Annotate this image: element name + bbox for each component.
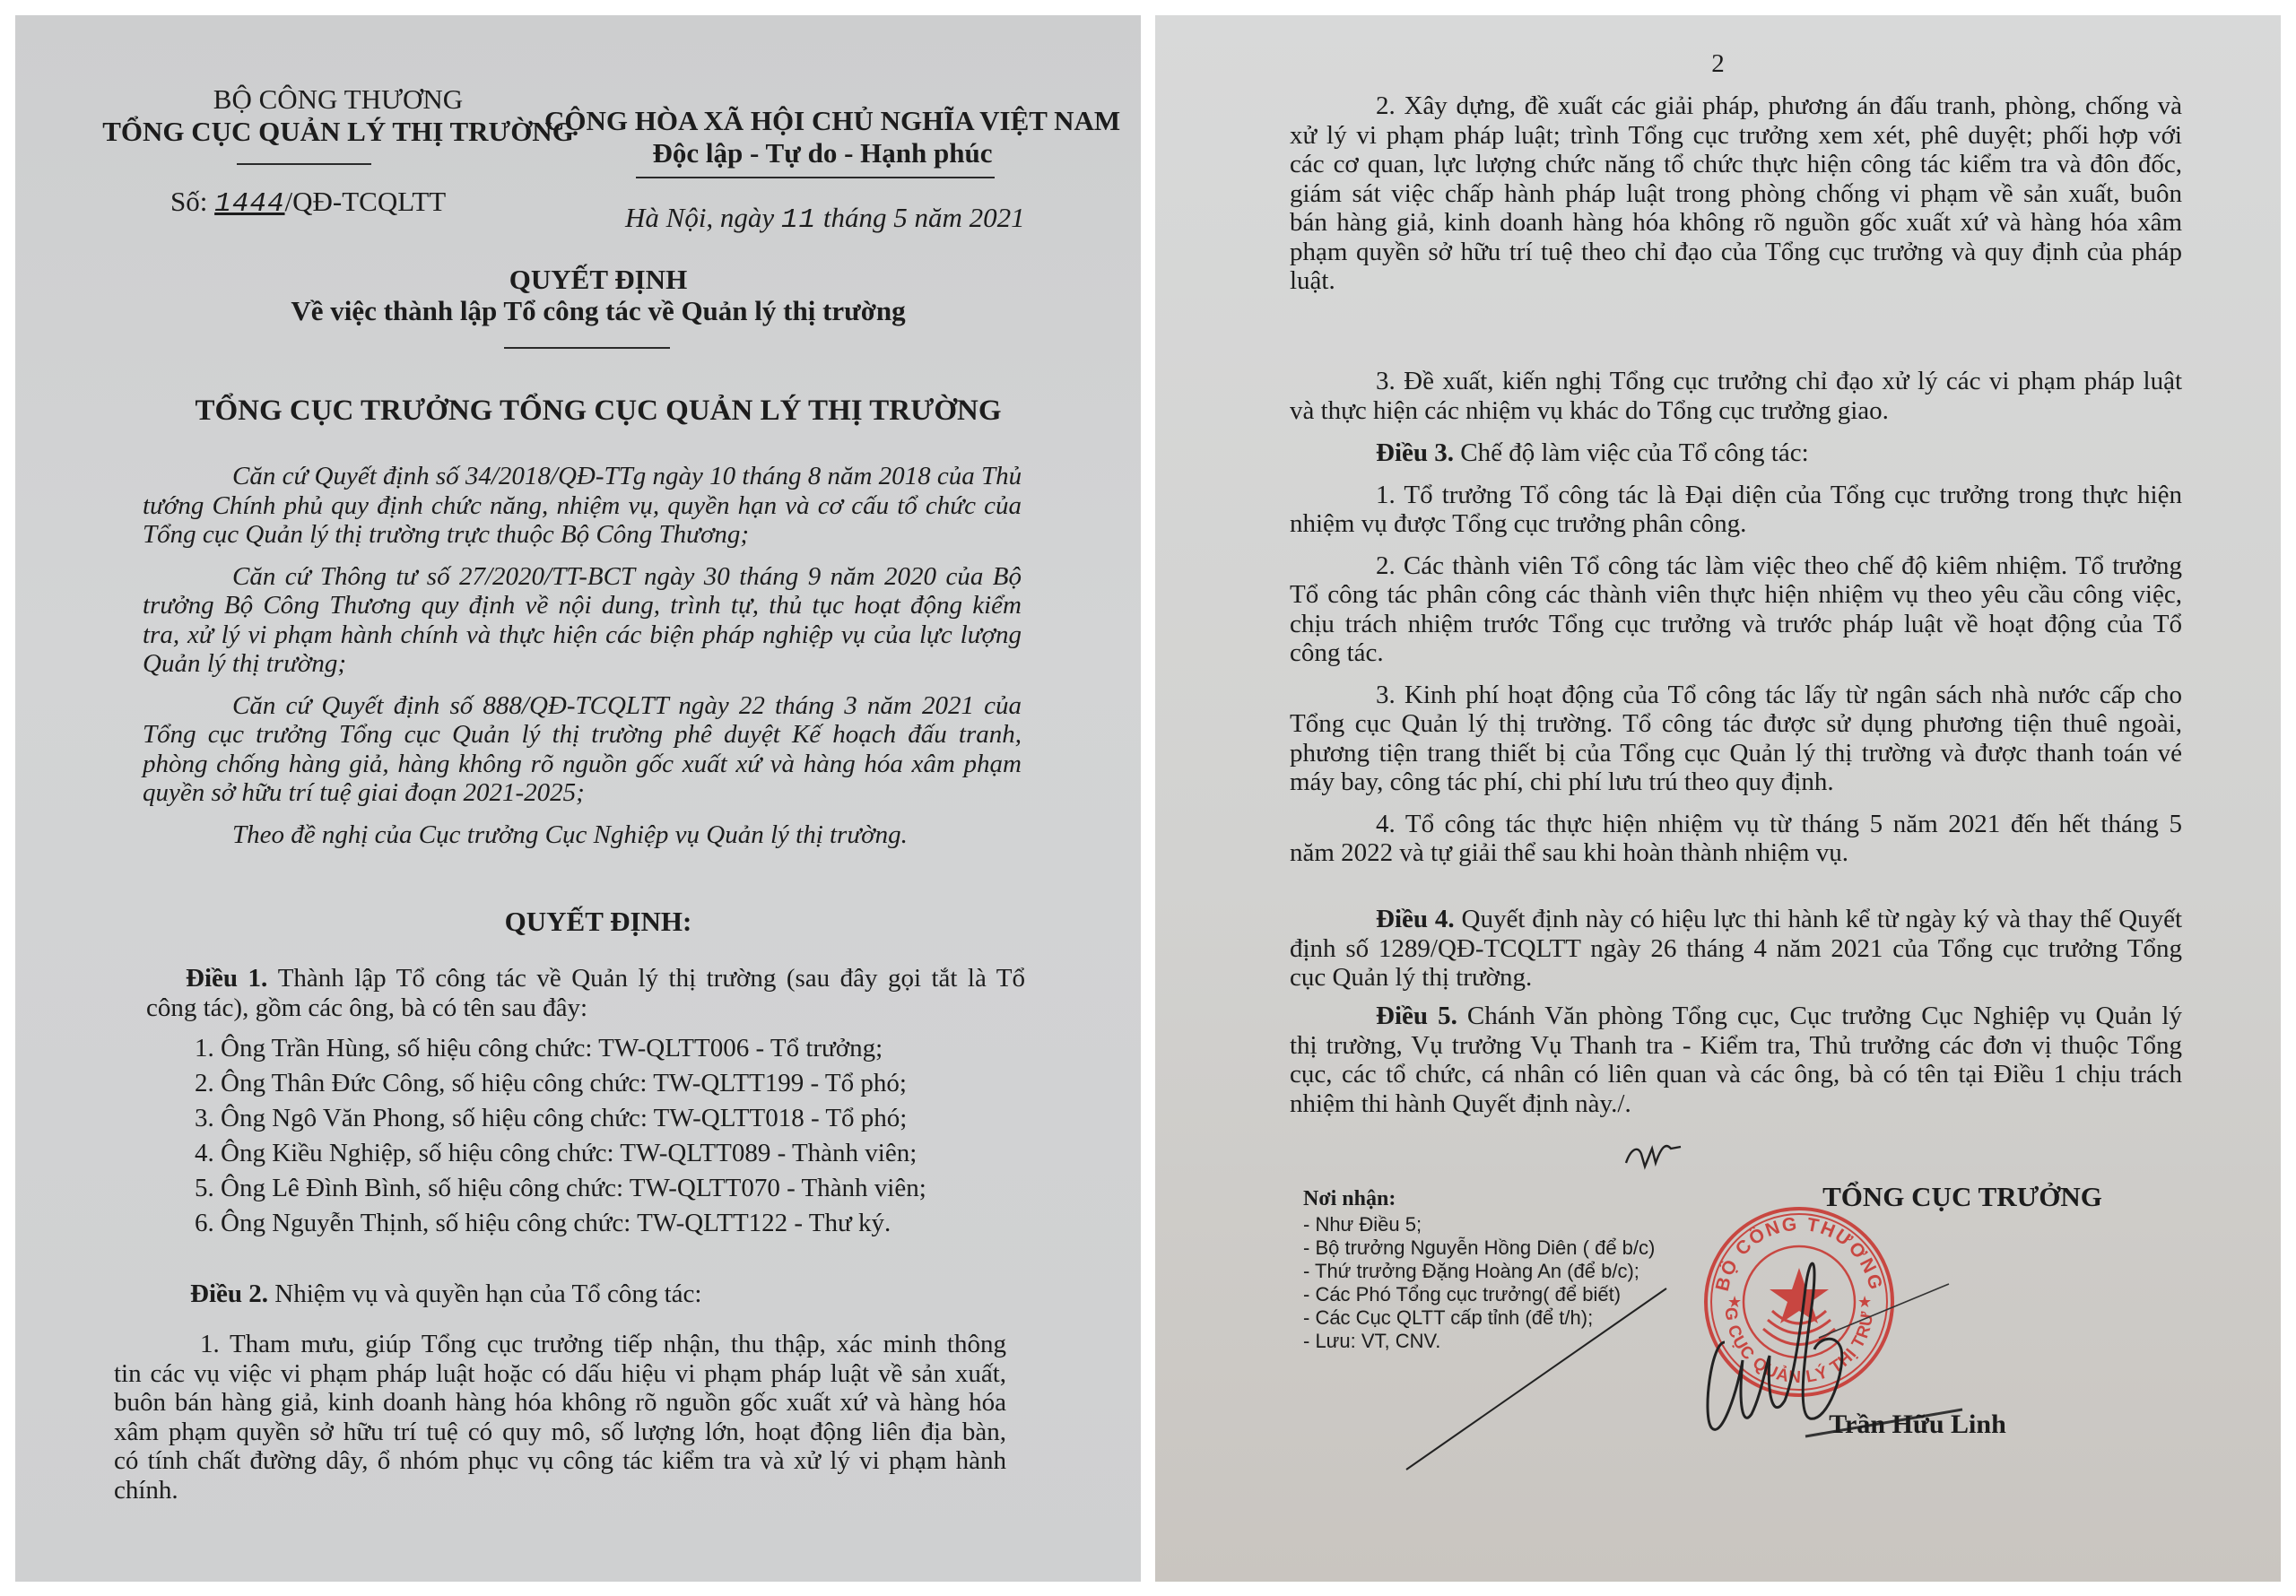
document-subject: Về việc thành lập Tổ công tác về Quản lý…: [105, 295, 1091, 327]
text-line: xâm phạm quyền sở hữu trí tuệ có quy mô,…: [114, 1418, 1006, 1447]
article-2-heading: Điều 2. Nhiệm vụ và quyền hạn của Tổ côn…: [190, 1279, 997, 1309]
text-line: tướng Chính phủ quy định chức năng, nhiệ…: [143, 491, 1022, 521]
text-line: thị trường, Vụ trưởng Vụ Thanh tra - Kiể…: [1290, 1031, 2182, 1061]
place-date: Hà Nội, ngày 11 tháng 5 năm 2021: [625, 202, 1025, 236]
text-line: Căn cứ Quyết định số 888/QĐ-TCQLTT ngày …: [143, 691, 1022, 721]
article-2-item-1-text: 1. Tham mưu, giúp Tổng cục trưởng tiếp n…: [114, 1330, 1006, 1505]
article-1: Điều 1. Thành lập Tổ công tác về Quản lý…: [146, 964, 1025, 1022]
text-line: Theo đề nghị của Cục trưởng Cục Nghiệp v…: [143, 820, 1022, 850]
recipients-title: Nơi nhận:: [1303, 1187, 1396, 1210]
document-type: QUYẾT ĐỊNH: [105, 264, 1091, 296]
text-line: công tác.: [1290, 638, 2182, 668]
text-line: nhiệm vụ được Tổng cục trưởng phân công.: [1290, 509, 2182, 539]
document-page-2: 2 2. Xây dựng, đề xuất các giải pháp, ph…: [1155, 15, 2281, 1582]
article-label: Điều 3.: [1376, 438, 1460, 467]
article-3-item: 2. Các thành viên Tổ công tác làm việc t…: [1290, 551, 2182, 668]
article-3-item: 4. Tổ công tác thực hiện nhiệm vụ từ thá…: [1290, 810, 2182, 868]
text-line: luật.: [1290, 266, 2182, 296]
text-line: Căn cứ Quyết định số 34/2018/QĐ-TTg ngày…: [143, 462, 1022, 491]
article-3: Điều 3. Chế độ làm việc của Tổ công tác:…: [1290, 438, 2182, 868]
article-4-text: Điều 4. Quyết định này có hiệu lực thi h…: [1290, 905, 2182, 993]
text-line: Điều 5. Chánh Văn phòng Tổng cục, Cục tr…: [1290, 1002, 2182, 1031]
article-label: Điều 2.: [190, 1279, 274, 1308]
item-3-text: 3. Đề xuất, kiến nghị Tổng cục trưởng ch…: [1290, 367, 2182, 425]
agency-name: TỔNG CỤC QUẢN LÝ THỊ TRƯỜNG: [87, 116, 589, 148]
text-line: Tổ công tác phân công các thành viên thự…: [1290, 580, 2182, 610]
text-line: quyền sở hữu trí tuệ giai đoạn 2021-2025…: [143, 778, 1022, 808]
agency-underline: [237, 163, 371, 165]
doc-number-suffix: /QĐ-TCQLTT: [285, 186, 447, 217]
agency-parent: BỘ CÔNG THƯƠNG: [87, 83, 589, 116]
article-4: Điều 4. Quyết định này có hiệu lực thi h…: [1290, 905, 2182, 993]
text-line: Điều 4. Quyết định này có hiệu lực thi h…: [1290, 905, 2182, 934]
place-date-day: 11: [781, 204, 816, 236]
text-line: trưởng Bộ Công Thương quy định về nội du…: [143, 591, 1022, 620]
member-item: 6. Ông Nguyễn Thịnh, số hiệu công chức: …: [195, 1206, 1002, 1241]
legal-basis: Căn cứ Quyết định số 888/QĐ-TCQLTT ngày …: [143, 691, 1022, 808]
text-line: 1. Tổ trưởng Tổ công tác là Đại diện của…: [1290, 481, 2182, 510]
article-5: Điều 5. Chánh Văn phòng Tổng cục, Cục tr…: [1290, 1002, 2182, 1118]
text-line: tin các vụ việc vi phạm pháp luật hoặc c…: [114, 1359, 1006, 1389]
member-item: 2. Ông Thân Đức Công, số hiệu công chức:…: [195, 1066, 1002, 1101]
article-5-text: Điều 5. Chánh Văn phòng Tổng cục, Cục tr…: [1290, 1002, 2182, 1118]
text-line: nhiệm thi hành Quyết định này./.: [1290, 1089, 2182, 1119]
text-line: tra, xử lý vi phạm hành chính và thực hi…: [143, 620, 1022, 650]
legal-basis: Căn cứ Quyết định số 34/2018/QĐ-TTg ngày…: [143, 462, 1022, 550]
legal-bases: Căn cứ Quyết định số 34/2018/QĐ-TTg ngày…: [143, 462, 1022, 849]
member-item: 4. Ông Kiều Nghiệp, số hiệu công chức: T…: [195, 1136, 1002, 1171]
legal-basis: Theo đề nghị của Cục trưởng Cục Nghiệp v…: [143, 820, 1022, 850]
doc-number-handwritten: 1444: [214, 188, 284, 220]
text-line: xử lý vi phạm pháp luật; trình Tổng cục …: [1290, 121, 2182, 151]
member-item: 5. Ông Lê Đình Bình, số hiệu công chức: …: [195, 1171, 1002, 1206]
national-motto: Độc lập - Tự do - Hạnh phúc: [544, 137, 1100, 169]
text-line: định số 1289/QĐ-TCQLTT ngày 26 tháng 4 n…: [1290, 934, 2182, 964]
article-2-item-3: 3. Đề xuất, kiến nghị Tổng cục trưởng ch…: [1290, 367, 2182, 425]
text-line: phòng chống hàng giả, hàng không rõ nguồ…: [143, 750, 1022, 779]
initials-mark: [1622, 1136, 1684, 1172]
text-line: 3. Đề xuất, kiến nghị Tổng cục trưởng ch…: [1290, 367, 2182, 396]
decision-heading: QUYẾT ĐỊNH:: [105, 906, 1091, 938]
legal-basis: Căn cứ Thông tư số 27/2020/TT-BCT ngày 3…: [143, 562, 1022, 679]
text-line: có tính chất đường dây, ổ nhóm phục vụ c…: [114, 1446, 1006, 1476]
document-page-1: BỘ CÔNG THƯƠNG TỔNG CỤC QUẢN LÝ THỊ TRƯỜ…: [15, 15, 1141, 1582]
text-line: chịu trách nhiệm trước Tổng cục trưởng v…: [1290, 610, 2182, 639]
signature: [1397, 1235, 1971, 1477]
text-line: phương tiện trang thiết bị của Tổng cục …: [1290, 739, 2182, 768]
text-line: phạm quyền sở hữu trí tuệ theo chỉ đạo c…: [1290, 238, 2182, 267]
article-2-item-2: 2. Xây dựng, đề xuất các giải pháp, phươ…: [1290, 91, 2182, 296]
text-line: Tổng cục Quản lý thị trường. Tổ công tác…: [1290, 709, 2182, 739]
article-label: Điều 4.: [1376, 905, 1462, 933]
text-line: công tác), gồm các ông, bà có tên sau đâ…: [146, 993, 1025, 1023]
member-item: 1. Ông Trần Hùng, số hiệu công chức: TW-…: [195, 1031, 1002, 1066]
article-label: Điều 5.: [1376, 1002, 1467, 1030]
signer-name: Trần Hữu Linh: [1783, 1410, 2052, 1440]
text-line: 1. Tham mưu, giúp Tổng cục trưởng tiếp n…: [114, 1330, 1006, 1359]
text-line: Điều 1. Thành lập Tổ công tác về Quản lý…: [146, 964, 1025, 993]
article-2-item-1: 1. Tham mưu, giúp Tổng cục trưởng tiếp n…: [114, 1330, 1006, 1505]
doc-number-prefix: Số:: [170, 186, 207, 217]
text-line: cục Quản lý thị trường.: [1290, 963, 2182, 993]
national-name: CỘNG HÒA XÃ HỘI CHỦ NGHĨA VIỆT NAM: [544, 105, 1100, 137]
article-3-item: 1. Tổ trưởng Tổ công tác là Đại diện của…: [1290, 481, 2182, 539]
place-date-suffix: tháng 5 năm 2021: [823, 202, 1025, 233]
text-line: máy bay, công tác phí, chi phí lưu trú t…: [1290, 768, 2182, 797]
item-2-text: 2. Xây dựng, đề xuất các giải pháp, phươ…: [1290, 91, 2182, 296]
motto-underline: [636, 177, 995, 178]
text-line: và thực hiện các nhiệm vụ khác do Tổng c…: [1290, 396, 2182, 426]
article-3-item: 3. Kinh phí hoạt động của Tổ công tác lấ…: [1290, 681, 2182, 797]
article-3-title: Điều 3. Chế độ làm việc của Tổ công tác:: [1290, 438, 2182, 468]
text-line: các cơ quan, lực lượng chức năng tổ chức…: [1290, 150, 2182, 179]
text-line: Căn cứ Thông tư số 27/2020/TT-BCT ngày 3…: [143, 562, 1022, 592]
article-1-text: Điều 1. Thành lập Tổ công tác về Quản lý…: [146, 964, 1025, 1022]
member-item: 3. Ông Ngô Văn Phong, số hiệu công chức:…: [195, 1101, 1002, 1136]
text-line: Tổng cục Quản lý thị trường trực thuộc B…: [143, 520, 1022, 550]
text-line: 2. Các thành viên Tổ công tác làm việc t…: [1290, 551, 2182, 581]
member-list: 1. Ông Trần Hùng, số hiệu công chức: TW-…: [195, 1031, 1002, 1241]
page-number: 2: [1155, 49, 2281, 79]
issuing-authority: TỔNG CỤC TRƯỞNG TỔNG CỤC QUẢN LÝ THỊ TRƯ…: [105, 395, 1091, 428]
text-line: cục, các tổ chức, cá nhân có liên quan v…: [1290, 1060, 2182, 1089]
text-line: giám sát việc chấp hành pháp luật trong …: [1290, 179, 2182, 209]
article-2-title: Điều 2. Nhiệm vụ và quyền hạn của Tổ côn…: [190, 1279, 997, 1309]
text-line: Quản lý thị trường;: [143, 649, 1022, 679]
text-line: buôn bán hàng giả, kinh doanh hàng hóa k…: [114, 1388, 1006, 1418]
document-number: Số: 1444/QĐ-TCQLTT: [170, 186, 446, 220]
text-line: năm 2022 và tự giải thể sau khi hoàn thà…: [1290, 838, 2182, 868]
text-line: 3. Kinh phí hoạt động của Tổ công tác lấ…: [1290, 681, 2182, 710]
text-line: 2. Xây dựng, đề xuất các giải pháp, phươ…: [1290, 91, 2182, 121]
text-line: 4. Tổ công tác thực hiện nhiệm vụ từ thá…: [1290, 810, 2182, 839]
recipient-item: - Như Điều 5;: [1303, 1213, 1655, 1236]
subject-underline: [504, 347, 670, 349]
text-line: Tổng cục trưởng Tổng cục Quản lý thị trư…: [143, 720, 1022, 750]
place-date-prefix: Hà Nội, ngày: [625, 202, 774, 233]
text-line: chính.: [114, 1476, 1006, 1505]
text-line: bán hàng giả, kinh doanh hàng hóa không …: [1290, 208, 2182, 238]
article-label: Điều 1.: [186, 964, 278, 993]
